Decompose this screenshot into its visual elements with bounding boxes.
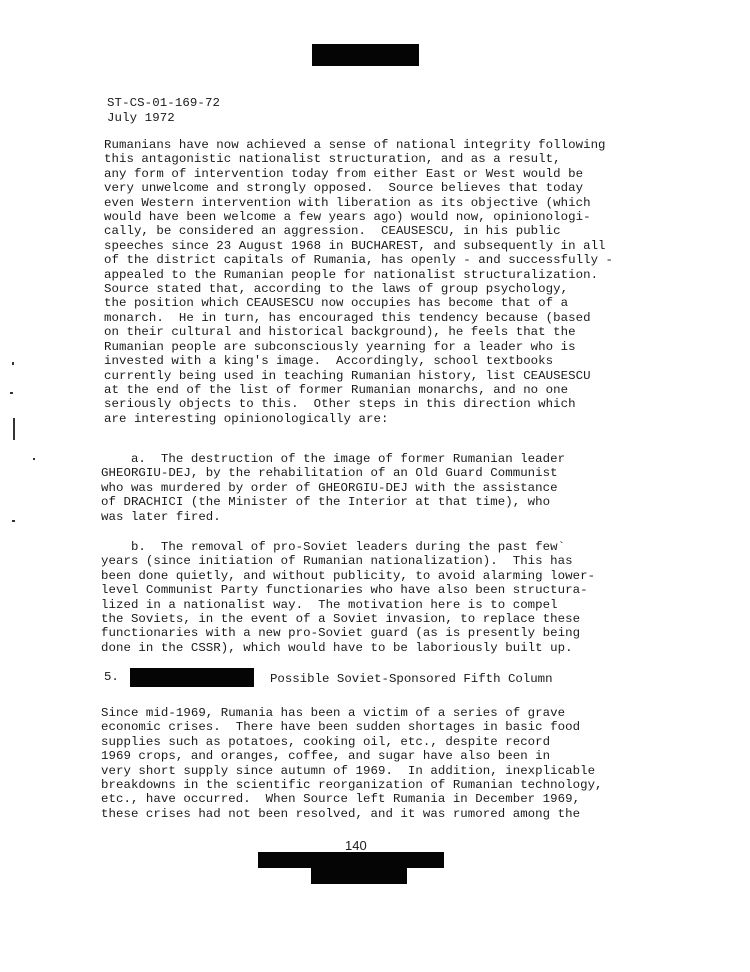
text-line: Rumanians have now achieved a sense of n… <box>104 138 613 152</box>
text-line: would have been welcome a few years ago)… <box>104 210 613 224</box>
text-line: Rumanian people are subconsciously yearn… <box>104 340 613 354</box>
text-line: any form of intervention today from eith… <box>104 167 613 181</box>
text-line: of DRACHICI (the Minister of the Interio… <box>101 495 565 509</box>
text-line: invested with a king's image. Accordingl… <box>104 354 613 368</box>
text-line: 1969 crops, and oranges, coffee, and sug… <box>101 749 603 763</box>
text-line: at the end of the list of former Rumania… <box>104 383 613 397</box>
text-line: are interesting opinionologically are: <box>104 412 613 426</box>
text-line: these crises had not been resolved, and … <box>101 807 603 821</box>
section-title: Possible Soviet-Sponsored Fifth Column <box>270 672 553 686</box>
text-line: lized in a nationalist way. The motivati… <box>101 598 595 612</box>
document-reference: ST-CS-01-169-72 <box>107 95 220 111</box>
text-line: supplies such as potatoes, cooking oil, … <box>101 735 603 749</box>
text-line: been done quietly, and without publicity… <box>101 569 595 583</box>
text-line: etc., have occurred. When Source left Ru… <box>101 792 603 806</box>
scan-artifact <box>12 362 14 365</box>
text-line: cally, be considered an aggression. CEAU… <box>104 224 613 238</box>
document-page: ST-CS-01-169-72 July 1972 Rumanians have… <box>0 0 750 972</box>
scan-artifact <box>10 392 13 394</box>
text-line: Since mid-1969, Rumania has been a victi… <box>101 706 603 720</box>
text-line: very unwelcome and strongly opposed. Sou… <box>104 181 613 195</box>
text-line: seriously objects to this. Other steps i… <box>104 397 613 411</box>
scan-artifact <box>13 418 15 440</box>
text-line: on their cultural and historical backgro… <box>104 325 613 339</box>
page-number: 140 <box>345 838 367 853</box>
item-a-paragraph: a. The destruction of the image of forme… <box>101 452 565 524</box>
main-paragraph: Rumanians have now achieved a sense of n… <box>104 138 613 426</box>
section-5-paragraph: Since mid-1969, Rumania has been a victi… <box>101 706 603 821</box>
text-line: level Communist Party functionaries who … <box>101 583 595 597</box>
text-line: years (since initiation of Rumanian nati… <box>101 554 595 568</box>
text-line: very short supply since autumn of 1969. … <box>101 764 603 778</box>
text-line: who was murdered by order of GHEORGIU-DE… <box>101 481 565 495</box>
text-line: done in the CSSR), which would have to b… <box>101 641 595 655</box>
text-line: the position which CEAUSESCU now occupie… <box>104 296 613 310</box>
text-line: currently being used in teaching Rumania… <box>104 369 613 383</box>
text-line: speeches since 23 August 1968 in BUCHARE… <box>104 239 613 253</box>
text-line: a. The destruction of the image of forme… <box>101 452 565 466</box>
section-number: 5. <box>104 670 119 684</box>
text-line: functionaries with a new pro-Soviet guar… <box>101 626 595 640</box>
text-line: was later fired. <box>101 510 565 524</box>
redaction-block-section <box>130 668 254 687</box>
text-line: the Soviets, in the event of a Soviet in… <box>101 612 595 626</box>
text-line: GHEORGIU-DEJ, by the rehabilitation of a… <box>101 466 565 480</box>
text-line: appealed to the Rumanian people for nati… <box>104 268 613 282</box>
text-line: economic crises. There have been sudden … <box>101 720 603 734</box>
redaction-block-top <box>312 44 419 66</box>
document-date: July 1972 <box>107 110 175 126</box>
text-line: Source stated that, according to the law… <box>104 282 613 296</box>
scan-artifact <box>33 458 35 460</box>
text-line: b. The removal of pro-Soviet leaders dur… <box>101 540 595 554</box>
text-line: breakdowns in the scientific reorganizat… <box>101 778 603 792</box>
redaction-block-bottom-narrow <box>311 866 407 884</box>
text-line: of the district capitals of Rumania, has… <box>104 253 613 267</box>
text-line: this antagonistic nationalist structurat… <box>104 152 613 166</box>
scan-artifact <box>12 520 15 522</box>
text-line: even Western intervention with liberatio… <box>104 196 613 210</box>
item-b-paragraph: b. The removal of pro-Soviet leaders dur… <box>101 540 595 655</box>
text-line: monarch. He in turn, has encouraged this… <box>104 311 613 325</box>
